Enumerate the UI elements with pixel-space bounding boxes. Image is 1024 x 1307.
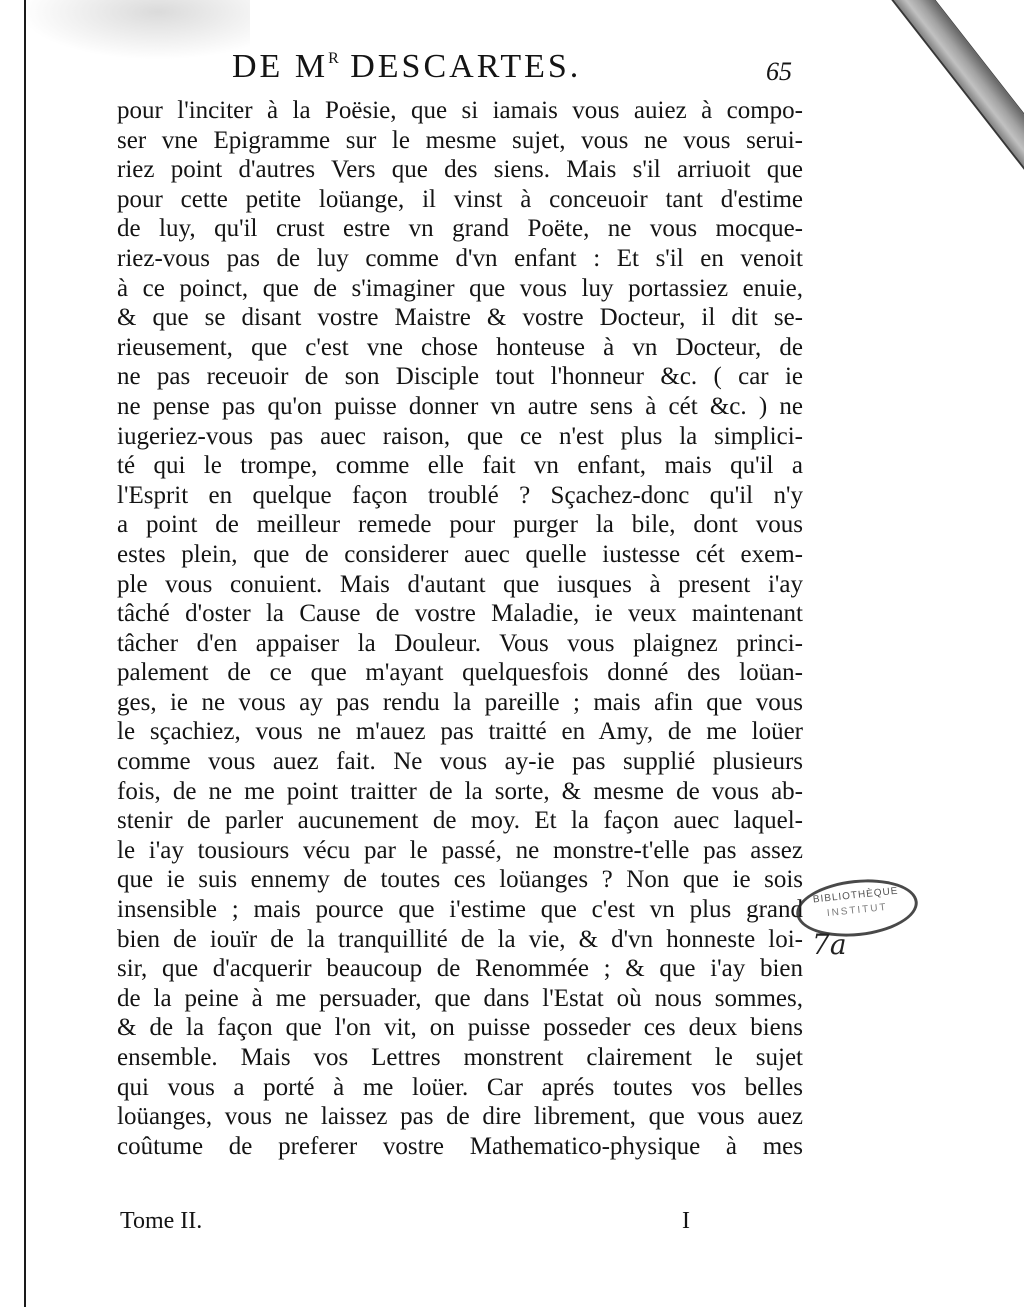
text-line: ple vous conuient. Mais d'autant que ius… xyxy=(117,570,803,600)
scan-smudge xyxy=(20,0,250,60)
text-line: & que se disant vostre Maistre & vostre … xyxy=(117,303,803,333)
page-number: 65 xyxy=(766,57,792,87)
text-line: l'Esprit en quelque façon troublé ? Sçac… xyxy=(117,481,803,511)
text-line: sir, que d'acquerir beaucoup de Renommée… xyxy=(117,954,803,984)
text-line: té qui le trompe, comme elle fait vn enf… xyxy=(117,451,803,481)
text-line: estes plein, que de considerer auec quel… xyxy=(117,540,803,570)
volume-label: Tome II. xyxy=(120,1208,202,1235)
text-line: palement de ce que m'ayant quelquesfois … xyxy=(117,658,803,688)
running-head-superscript: R xyxy=(328,50,339,67)
text-line: bien de iouïr de la tranquillité de la v… xyxy=(117,925,803,955)
text-line: coûtume de preferer vostre Mathematico-p… xyxy=(117,1132,803,1162)
text-line: ensemble. Mais vos Lettres monstrent cla… xyxy=(117,1043,803,1073)
text-line: tâcher d'en appaiser la Douleur. Vous vo… xyxy=(117,629,803,659)
text-line: riez point d'autres Vers que des siens. … xyxy=(117,155,803,185)
binding-clip xyxy=(860,0,1024,196)
text-line: le sçachiez, vous ne m'auez pas traitté … xyxy=(117,717,803,747)
text-line: ser vne Epigramme sur le mesme sujet, vo… xyxy=(117,126,803,156)
text-line: stenir de parler aucunement de moy. Et l… xyxy=(117,806,803,836)
body-text: pour l'inciter à la Poësie, que si iamai… xyxy=(117,96,803,1161)
text-line: de luy, qu'il crust estre vn grand Poëte… xyxy=(117,214,803,244)
text-line: comme vous auez fait. Ne vous ay-ie pas … xyxy=(117,747,803,777)
text-line: à ce poinct, que de s'imaginer que vous … xyxy=(117,274,803,304)
text-line: ne pas receuoir de son Disciple tout l'h… xyxy=(117,362,803,392)
text-line: iugeriez-vous pas auec raison, que ce n'… xyxy=(117,422,803,452)
text-line: fois, de ne me point traitter de la sort… xyxy=(117,777,803,807)
running-head: DE MR DESCARTES. xyxy=(232,48,581,86)
text-line: loüanges, vous ne laissez pas de dire li… xyxy=(117,1102,803,1132)
text-line: & de la façon que l'on vit, on puisse po… xyxy=(117,1013,803,1043)
text-line: de la peine à me persuader, que dans l'E… xyxy=(117,984,803,1014)
text-line: pour l'inciter à la Poësie, que si iamai… xyxy=(117,96,803,126)
text-line: le i'ay tousiours vécu par le passé, ne … xyxy=(117,836,803,866)
text-line: ne pense pas qu'on puisse donner vn autr… xyxy=(117,392,803,422)
text-line: ges, ie ne vous ay pas rendu la pareille… xyxy=(117,688,803,718)
text-line: rieusement, que c'est vne chose honteuse… xyxy=(117,333,803,363)
text-line: riez-vous pas de luy comme d'vn enfant :… xyxy=(117,244,803,274)
running-head-prefix: DE M xyxy=(232,48,328,85)
text-line: qui vous a porté à me loüer. Car aprés t… xyxy=(117,1073,803,1103)
text-line: a point de meilleur remede pour purger l… xyxy=(117,510,803,540)
text-line: pour cette petite loüange, il vinst à co… xyxy=(117,185,803,215)
text-line: tâché d'oster la Cause de vostre Maladie… xyxy=(117,599,803,629)
text-line: que ie suis ennemy de toutes ces loüange… xyxy=(117,865,803,895)
signature-mark: I xyxy=(682,1208,690,1235)
text-line: insensible ; mais pource que i'estime qu… xyxy=(117,895,803,925)
running-head-suffix: DESCARTES. xyxy=(339,48,582,85)
page-edge-line xyxy=(24,0,26,1307)
page-footer: Tome II. I xyxy=(0,1208,1024,1242)
handwritten-shelfmark: 7a xyxy=(812,928,847,961)
